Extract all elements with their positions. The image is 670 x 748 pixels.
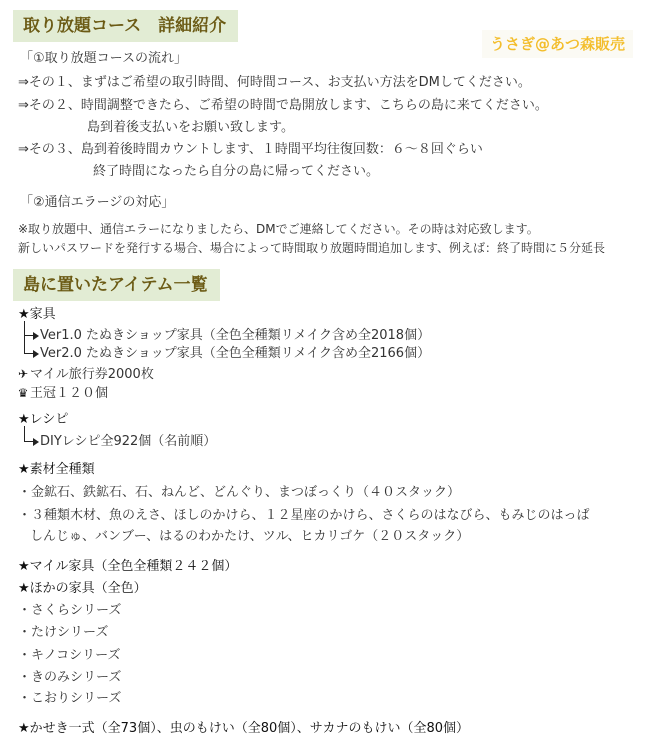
step-2-note: 島到着後支払いをお願い致します。 — [87, 119, 294, 137]
materials-line-2: ・３種類木材、魚のえさ、ほしのかけら、１２星座のかけら、さくらのはなびら、もみじ… — [18, 507, 589, 525]
series-item: ・キノコシリーズ — [18, 647, 120, 665]
furniture-ver1: Ver1.0 たぬきショップ家具（全色全種類リメイク含め全2018個） — [33, 327, 430, 345]
step-2: ⇒その２、時間調整できたら、ご希望の時間で島開放します、こちらの島に来てください… — [18, 97, 548, 115]
watermark-shop-name: うさぎ@あつ森販売 — [482, 30, 633, 58]
materials-line-3: しんじゅ、バンブー、はるのわかたけ、ツル、ヒカリゴケ（２０スタック） — [30, 528, 469, 546]
step-1: ⇒その１、まずはご希望の取引時間、何時間コース、お支払い方法をDMしてください。 — [18, 74, 531, 92]
tickets-label: マイル旅行券2000枚 — [30, 367, 154, 382]
section-title-course-details: 取り放題コース 詳細紹介 — [13, 10, 238, 42]
mile-furniture: ★マイル家具（全色全種類２４２個） — [18, 558, 237, 576]
error-line-1: ※取り放題中、通信エラーになりましたら、DMでご連絡してください。その時は対応致… — [18, 220, 539, 238]
furniture-ver2: Ver2.0 たぬきショップ家具（全色全種類リメイク含め全2166個） — [33, 345, 430, 363]
flow-heading: 「①取り放題コースの流れ」 — [20, 50, 187, 68]
other-furniture-heading: ★ほかの家具（全色） — [18, 580, 147, 598]
error-heading: 「②通信エラージの対応」 — [20, 194, 174, 212]
crown-icon: ♛ — [16, 384, 30, 402]
step-3-note: 終了時間になったら自分の島に帰ってください。 — [93, 163, 379, 181]
materials-line-1: ・金鉱石、鉄鉱石、石、ねんど、どんぐり、まつぼっくり（４０スタック） — [18, 484, 460, 502]
error-line-2: 新しいパスワードを発行する場合、場合によって時間取り放題時間追加します、例えば：… — [18, 239, 605, 257]
series-item: ・たけシリーズ — [18, 624, 108, 642]
plane-icon: ✈ — [16, 365, 30, 383]
arrow-right-icon — [33, 332, 39, 340]
furniture-ver2-label: Ver2.0 たぬきショップ家具（全色全種類リメイク含め全2166個） — [40, 346, 430, 361]
crowns-label: 王冠１２０個 — [30, 386, 108, 401]
series-item: ・こおりシリーズ — [18, 690, 121, 708]
series-item: ・さくらシリーズ — [18, 602, 121, 620]
furniture-ver1-label: Ver1.0 たぬきショップ家具（全色全種類リメイク含め全2018個） — [40, 328, 430, 343]
fossils-models: ★かせき一式（全73個）、虫のもけい（全80個）、サカナのもけい（全80個） — [18, 720, 469, 738]
recipes-diy-label: DIYレシピ全922個（名前順） — [40, 434, 216, 449]
tickets-item: ✈マイル旅行券2000枚 — [16, 365, 154, 384]
materials-heading: ★素材全種類 — [18, 461, 95, 479]
step-3: ⇒その３、島到着後時間カウントします、１時間平均往復回数：６〜８回ぐらい — [18, 141, 483, 159]
section-title-item-list: 島に置いたアイテム一覧 — [13, 269, 220, 301]
arrow-right-icon — [33, 350, 39, 358]
series-item: ・きのみシリーズ — [18, 669, 121, 687]
arrow-right-icon — [33, 438, 39, 446]
recipes-diy: DIYレシピ全922個（名前順） — [33, 433, 216, 451]
crowns-item: ♛王冠１２０個 — [16, 384, 108, 403]
